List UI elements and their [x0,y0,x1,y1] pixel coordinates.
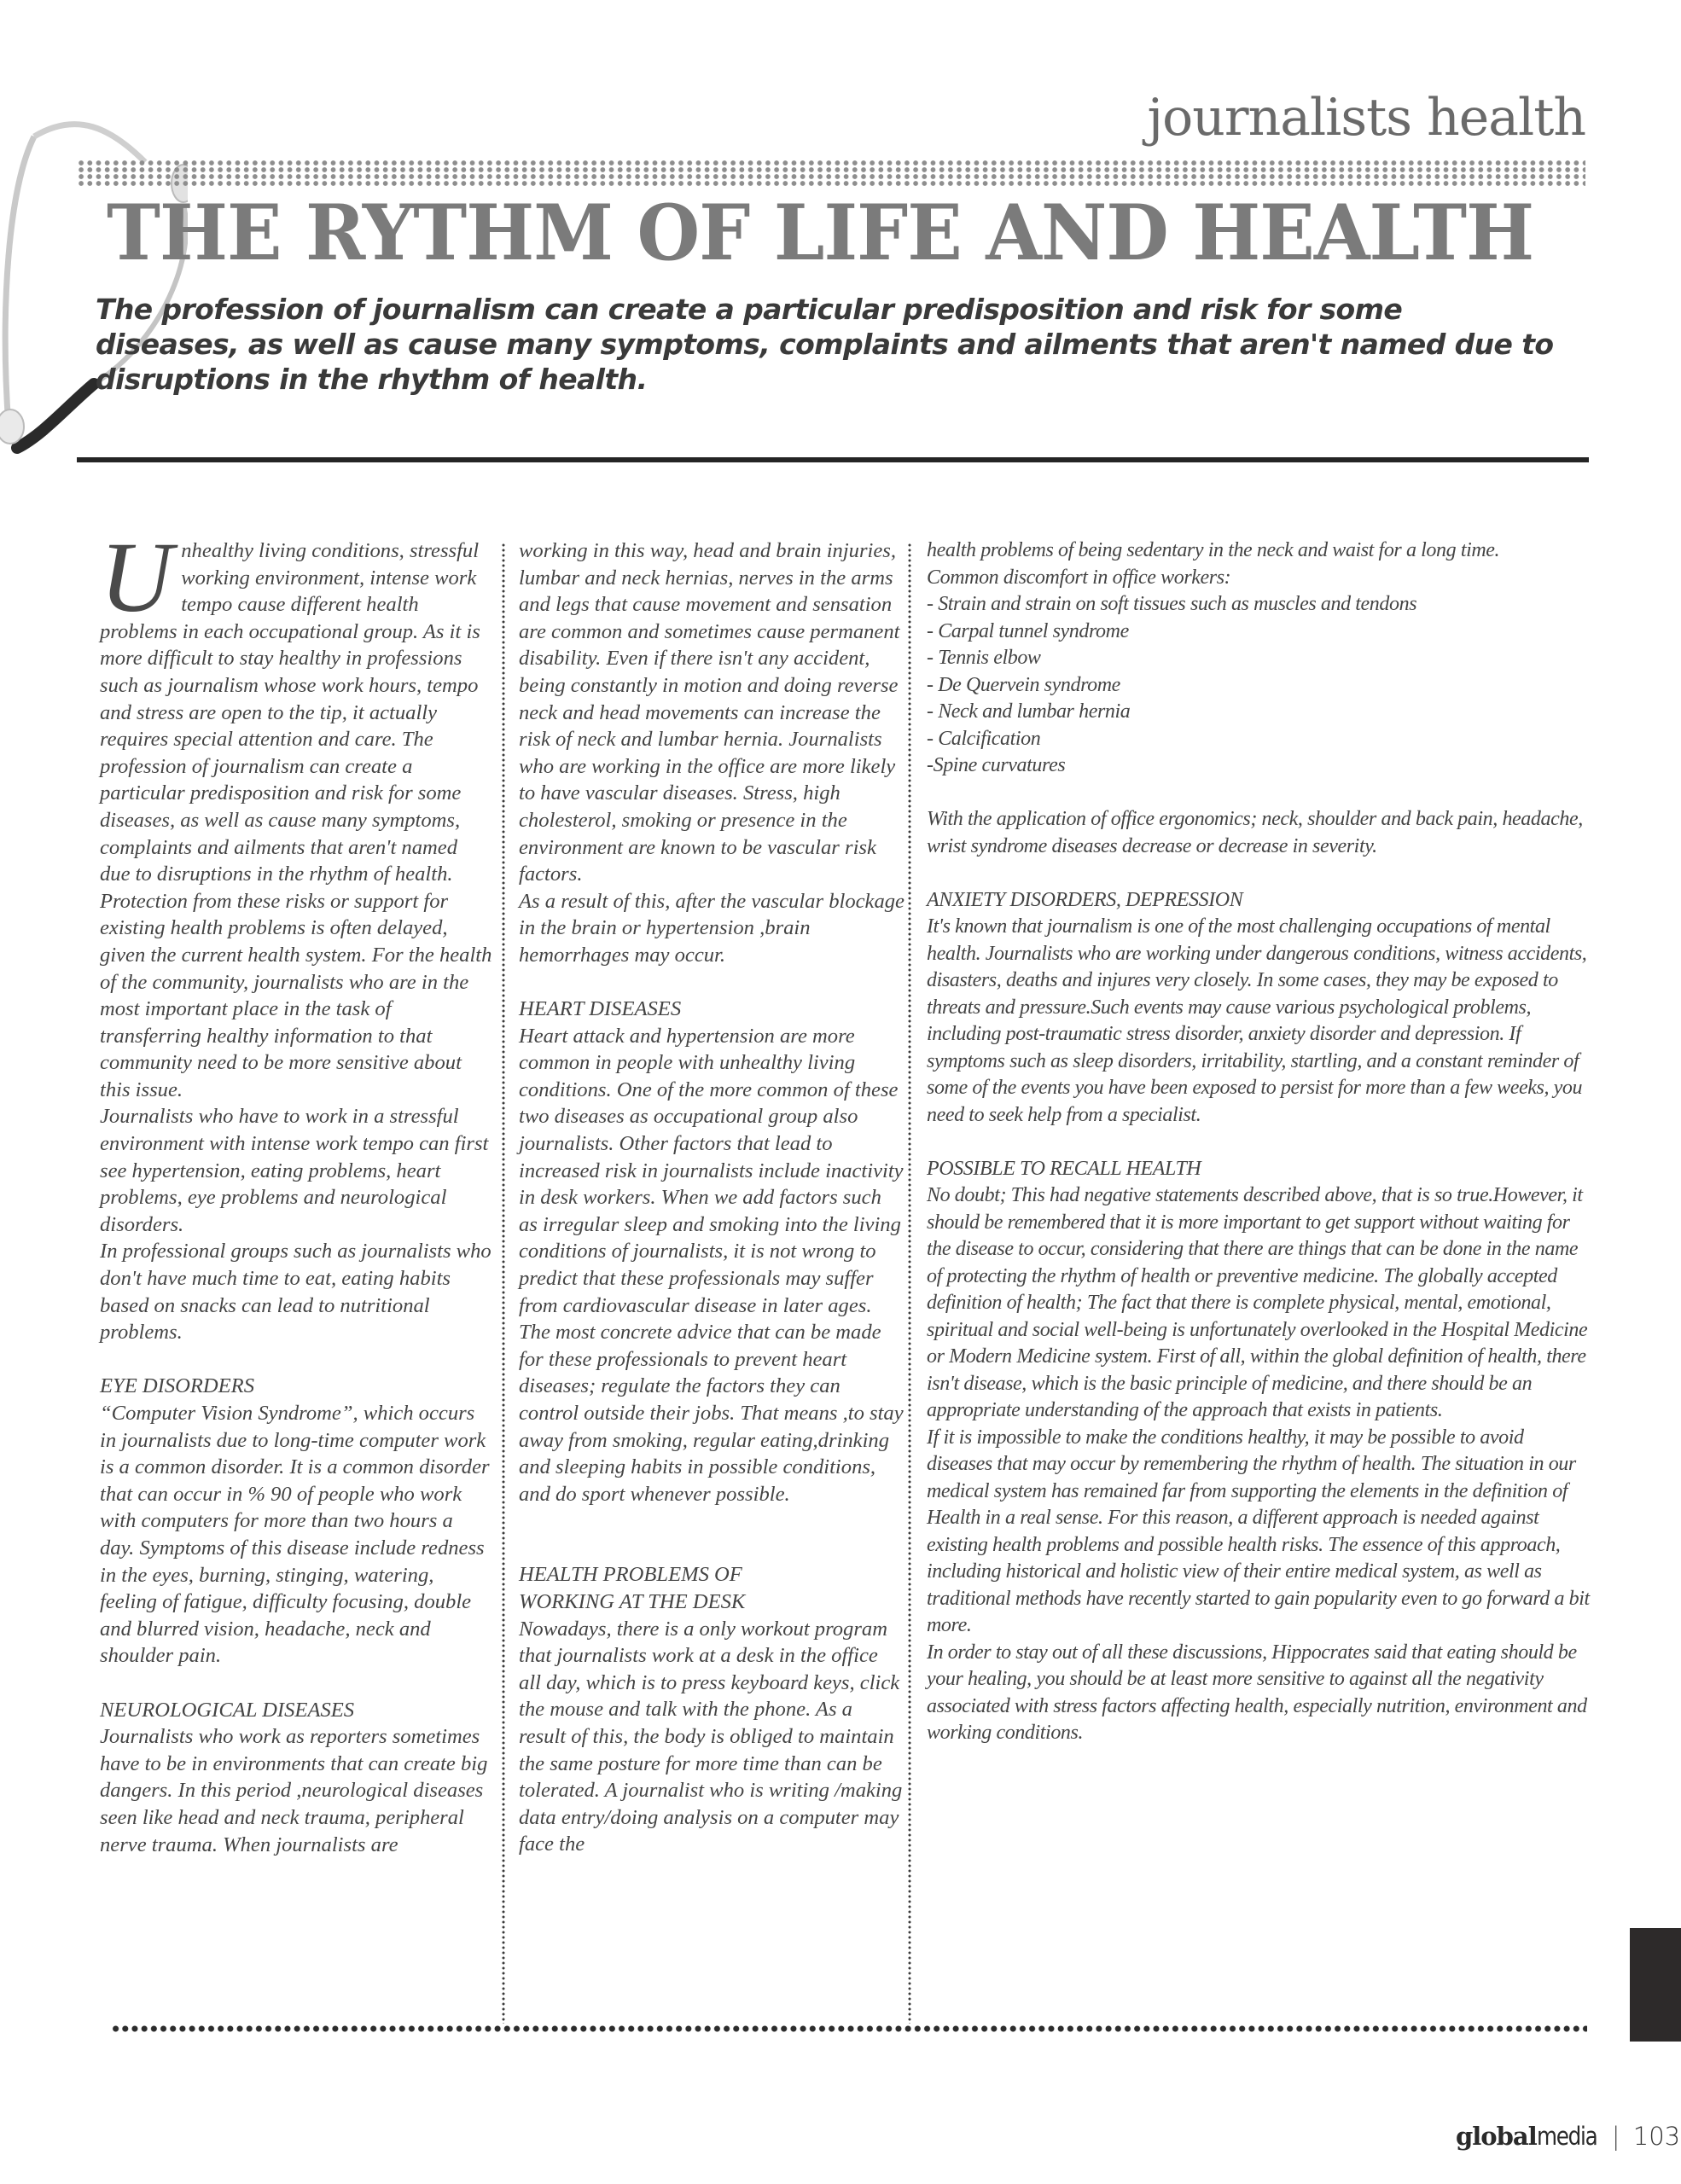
article-column-2: working in this way, head and brain inju… [519,537,904,1858]
list-item: - Neck and lumbar hernia [927,699,1592,726]
article-column-1: Unhealthy living conditions, stressful w… [100,537,492,1858]
body-paragraph: In professional groups such as journalis… [100,1238,492,1345]
stethoscope-illustration [0,85,188,495]
body-paragraph: As a result of this, after the vascular … [519,888,904,969]
section-heading-heart-diseases: HEART DISEASES [519,996,904,1023]
header-rule [77,457,1589,462]
column-divider [502,543,505,2024]
section-heading-desk-line1: HEALTH PROBLEMS OF [519,1561,904,1589]
footer-separator: | [1612,2122,1620,2151]
column-divider [908,543,911,2024]
list-item: - Strain and strain on soft tissues such… [927,591,1592,619]
body-paragraph: Protection from these risks or support f… [100,888,492,1104]
article-title: THE RYTHM OF LIFE AND HEALTH [107,193,1533,274]
list-intro: Common discomfort in office workers: [927,565,1592,592]
body-paragraph: In order to stay out of all these discus… [927,1640,1592,1747]
body-paragraph: Nowadays, there is a only workout progra… [519,1616,904,1858]
section-heading-neurological: NEUROLOGICAL DISEASES [100,1697,492,1724]
standfirst-line: disruptions in the rhythm of health. [96,362,1580,397]
section-label: journalists health [1148,92,1585,143]
publication-brand-light: media [1537,2124,1597,2149]
section-heading-desk-line2: WORKING AT THE DESK [519,1589,904,1616]
footer-dotted-rule [111,2024,1587,2033]
standfirst-line: The profession of journalism can create … [96,292,1580,327]
page-number: 103 [1633,2122,1680,2151]
body-paragraph: If it is impossible to make the conditio… [927,1425,1592,1640]
section-heading-eye-disorders: EYE DISORDERS [100,1373,492,1400]
section-heading-anxiety: ANXIETY DISORDERS, DEPRESSION [927,887,1592,915]
article-standfirst: The profession of journalism can create … [96,292,1580,397]
list-item: - Tennis elbow [927,645,1592,672]
list-item: - Carpal tunnel syndrome [927,619,1592,646]
dotted-band-divider [77,160,1585,187]
body-paragraph: It's known that journalism is one of the… [927,914,1592,1129]
body-paragraph: working in this way, head and brain inju… [519,537,904,888]
body-paragraph: Journalists who work as reporters someti… [100,1723,492,1858]
publication-brand-bold: global [1456,2122,1537,2151]
standfirst-line: diseases, as well as cause many symptoms… [96,327,1580,362]
list-item: -Spine curvatures [927,752,1592,780]
list-item: - Calcification [927,726,1592,753]
body-paragraph: With the application of office ergonomic… [927,806,1592,860]
section-heading-recall-health: POSSIBLE TO RECALL HEALTH [927,1156,1592,1183]
body-paragraph: “Computer Vision Syndrome”, which occurs… [100,1400,492,1670]
drop-cap: U [100,541,172,614]
body-paragraph: No doubt; This had negative statements d… [927,1182,1592,1425]
list-item: - De Quervein syndrome [927,672,1592,700]
article-column-3: health problems of being sedentary in th… [927,537,1592,1747]
body-paragraph: Heart attack and hypertension are more c… [519,1023,904,1508]
body-paragraph: Journalists who have to work in a stress… [100,1103,492,1238]
body-paragraph: health problems of being sedentary in th… [927,537,1592,565]
page-footer: globalmedia | 103 [1456,2124,1680,2149]
intro-paragraph: Unhealthy living conditions, stressful w… [100,537,492,888]
page-edge-tab [1630,1928,1681,2042]
